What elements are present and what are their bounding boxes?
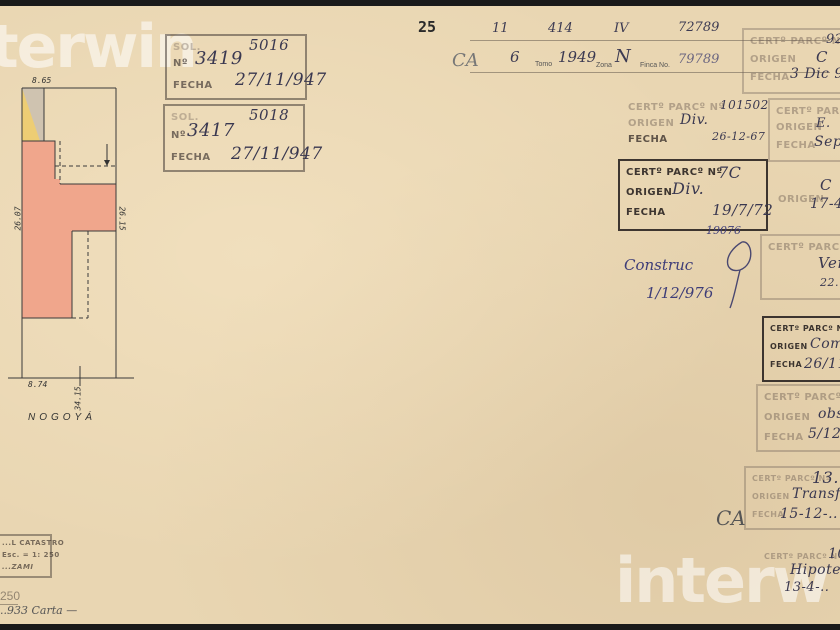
signature-mark [712, 234, 762, 314]
bottom-number: 250 [0, 589, 20, 603]
sol-number: 3417 [187, 120, 235, 141]
sol-stamp-1: SOL. Nº FECHA 3419 5016 27/11/947 [165, 34, 307, 100]
header-prefix: CA [452, 50, 479, 71]
header-zona: N [615, 46, 631, 67]
cert-stamp-5: ORIGEN C 17-4.. [770, 172, 840, 234]
cert-stamp-8: CERTº PARCº Nº ORIGEN FECHA obs. 5/12.. [756, 384, 840, 452]
cert-stamp-9: CERTº PARCº Nº ORIGEN FECHA 13.. Transf.… [744, 466, 840, 530]
cadastral-document-sheet: terwin interw 25 11 414 IV 72789 CA 6 To… [0, 6, 840, 624]
dim-top: 8.65 [32, 76, 51, 85]
header-finca: 79789 [678, 52, 719, 67]
header-value-c: IV [614, 21, 629, 36]
construc-date: 1/12/976 [646, 284, 713, 302]
dim-right: 26.15 [118, 206, 127, 230]
plot-plan-drawing [0, 86, 150, 426]
header-tomo: 1949 [558, 48, 596, 66]
header-value-a: 11 [492, 21, 509, 36]
dim-bottom-left: 8.74 [28, 380, 47, 389]
dim-bottom-offset: 34.15 [74, 386, 83, 410]
sol-stamp-2: SOL. Nº FECHA 3417 5018 27/11/947 [163, 104, 305, 172]
street-name: NOGOYÁ [28, 412, 96, 423]
header-value-d: 72789 [678, 20, 719, 35]
cert-stamp-2: CERTº PARCº Nº ORIGEN FECHA 101502 Div. … [620, 94, 764, 154]
cert-stamp-3: CERTº PARCº Nº ORIGEN FECHA E. Sept.. [768, 98, 840, 162]
finca-label: Finca No. [640, 62, 670, 69]
zona-label: Zona [596, 62, 612, 69]
ca-mark: CA [716, 506, 746, 530]
page-number: 25 [418, 18, 436, 36]
cert-stamp-10: CERTº PARCº Nº 10.. Hipoteca 13-4-.. [756, 544, 840, 608]
dim-left: 26.07 [14, 206, 23, 230]
cert-stamp-4: CERTº PARCº Nº ORIGEN FECHA 7C Div. 19/7… [618, 159, 768, 231]
header-value-b: 414 [548, 21, 573, 36]
bottom-note: ..933 Carta — [0, 604, 77, 617]
sol-ref: 5016 [249, 36, 289, 54]
construc-label: Construc [624, 256, 693, 274]
sol-number: 3419 [195, 48, 243, 69]
cert-stamp-1: CERTº PARCº Nº ORIGEN FECHA 92.. C 3 Dic… [742, 28, 840, 94]
cert-stamp-6: CERTº PARCº Nº Ven.. 22.. [760, 234, 840, 300]
sol-ref: 5018 [249, 106, 289, 124]
sol-date: 27/11/947 [231, 144, 323, 164]
tomo-label: Tomo [535, 61, 552, 68]
cert-stamp-7: CERTº PARCº Nº ORIGEN FECHA Compra 26/11… [762, 316, 840, 382]
sol-date: 27/11/947 [235, 70, 327, 90]
header-sheet: 6 [510, 48, 520, 66]
catastro-box: ...L CATASTRO Esc. = 1: 250 ...ZAMI [0, 534, 52, 578]
